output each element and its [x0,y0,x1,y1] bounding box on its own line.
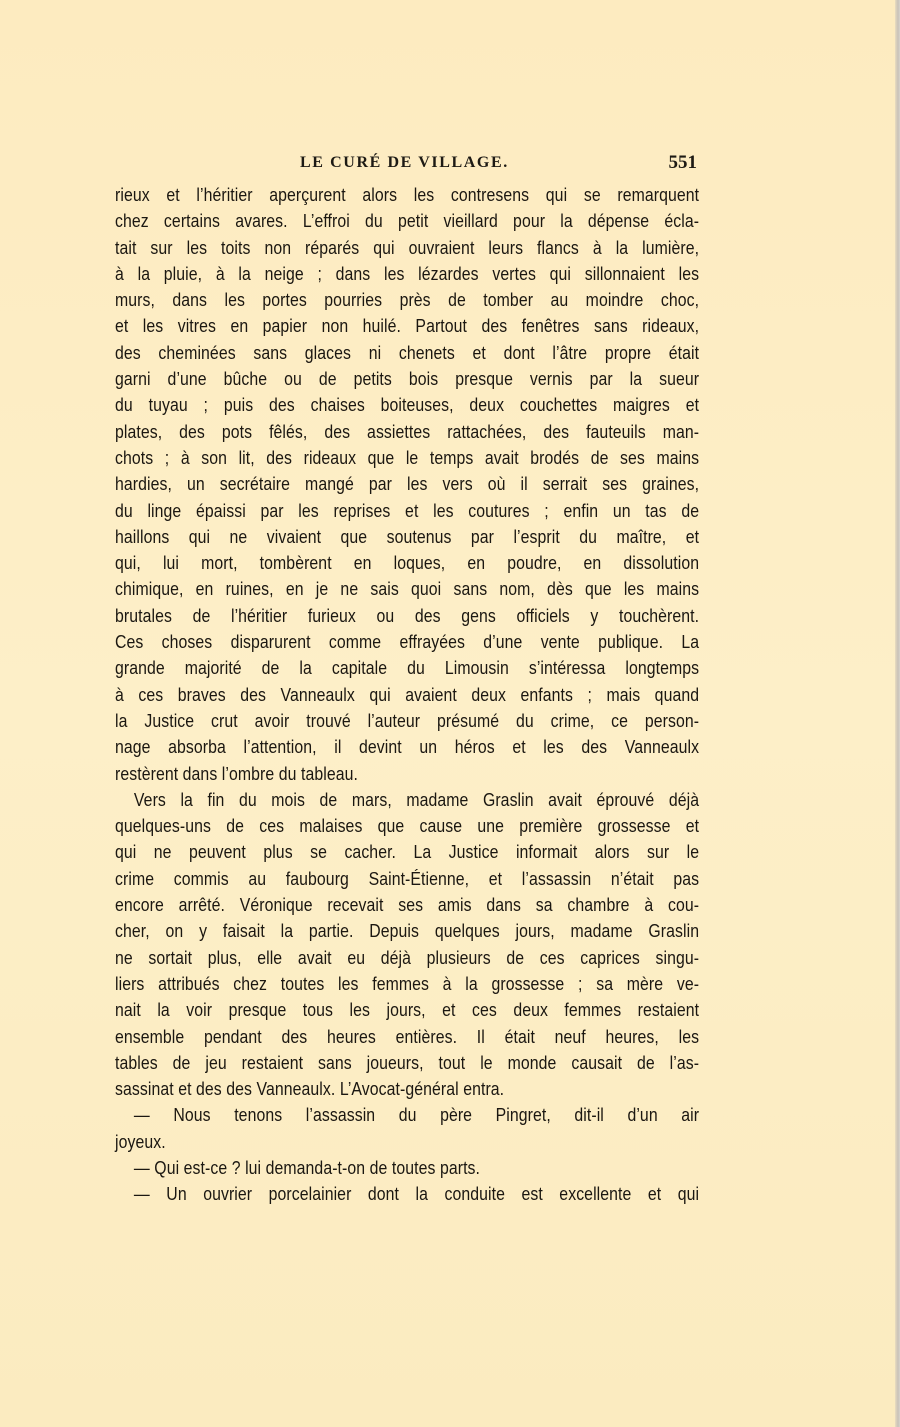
text-line: grande majorité de la capitale du Limous… [115,655,699,681]
text-line: Vers la fin du mois de mars, madame Gras… [115,787,699,813]
page-number: 551 [669,152,698,174]
text-line: ne sortait plus, elle avait eu déjà plus… [115,945,699,971]
text-line: chez certains avares. L’effroi du petit … [115,208,699,234]
text-line: plates, des pots fêlés, des assiettes ra… [115,419,699,445]
text-line: qui ne peuvent plus se cacher. La Justic… [115,839,699,865]
text-line: joyeux. [115,1129,699,1155]
text-line: garni d’une bûche ou de petits bois pres… [115,366,699,392]
text-line: quelques-uns de ces malaises que cause u… [115,813,699,839]
text-line: Ces choses disparurent comme effrayées d… [115,629,699,655]
text-line: tait sur les toits non réparés qui ouvra… [115,235,699,261]
text-line: qui, lui mort, tombèrent en loques, en p… [115,550,699,576]
running-head: LE CURÉ DE VILLAGE. 551 [115,148,697,178]
text-line: liers attribués chez toutes les femmes à… [115,971,699,997]
text-line: du linge épaissi par les reprises et les… [115,498,699,524]
text-line: — Qui est-ce ? lui demanda-t-on de toute… [115,1155,699,1181]
running-head-title: LE CURÉ DE VILLAGE. [300,154,509,172]
body-text: rieux et l’héritier aperçurent alors les… [115,182,699,1208]
text-line: tables de jeu restaient sans joueurs, to… [115,1050,699,1076]
text-line: nage absorba l’attention, il devint un h… [115,734,699,760]
text-line: encore arrêté. Véronique recevait ses am… [115,892,699,918]
text-line: cher, on y faisait la partie. Depuis que… [115,918,699,944]
text-line: brutales de l’héritier furieux ou des ge… [115,603,699,629]
text-line: crime commis au faubourg Saint-Étienne, … [115,866,699,892]
text-line: sassinat et des des Vanneaulx. L’Avocat-… [115,1076,699,1102]
text-line: et les vitres en papier non huilé. Parto… [115,313,699,339]
text-line: haillons qui ne vivaient que soutenus pa… [115,524,699,550]
text-line: à ces braves des Vanneaulx qui avaient d… [115,682,699,708]
text-line: nait la voir presque tous les jours, et … [115,997,699,1023]
text-line: ensemble pendant des heures entières. Il… [115,1024,699,1050]
text-line: — Nous tenons l’assassin du père Pingret… [115,1102,699,1128]
text-line: des cheminées sans glaces ni chenets et … [115,340,699,366]
text-line: à la pluie, à la neige ; dans les lézard… [115,261,699,287]
text-line: hardies, un secrétaire mangé par les ver… [115,471,699,497]
text-line: rieux et l’héritier aperçurent alors les… [115,182,699,208]
text-line: chimique, en ruines, en je ne sais quoi … [115,576,699,602]
text-line: la Justice crut avoir trouvé l’auteur pr… [115,708,699,734]
text-line: chots ; à son lit, des rideaux que le te… [115,445,699,471]
text-line: murs, dans les portes pourries près de t… [115,287,699,313]
text-line: restèrent dans l’ombre du tableau. [115,761,699,787]
text-line: du tuyau ; puis des chaises boiteuses, d… [115,392,699,418]
page-edge [895,0,900,1427]
text-line: — Un ouvrier porcelainier dont la condui… [115,1181,699,1207]
book-page: LE CURÉ DE VILLAGE. 551 rieux et l’hérit… [0,0,895,1427]
